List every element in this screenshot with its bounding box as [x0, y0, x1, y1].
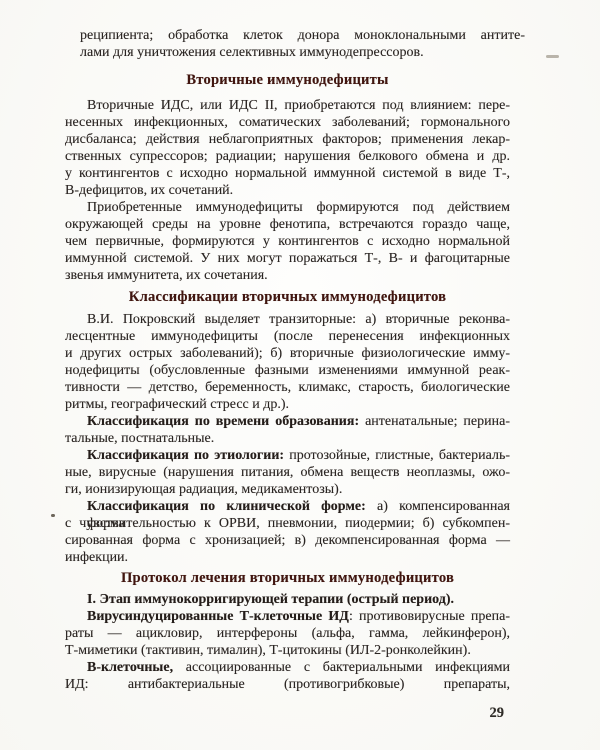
paragraph: Классификация по времени образования: ан…: [65, 413, 510, 447]
text-line: раты — ацикловир, интерфероны (альфа, га…: [65, 625, 510, 642]
text-line: тивности — детство, беременность, климак…: [65, 379, 510, 396]
text-line: ные, вирусные (нарушения питания, обмена…: [65, 464, 510, 481]
text-line: ритмы, географический стресс и др.).: [65, 396, 510, 413]
bold-run: Классификация по времени образования:: [87, 414, 359, 429]
text-line: тальные, постнатальные.: [65, 430, 510, 447]
text-line: дисбаланса; действия неблагоприятных фак…: [65, 131, 510, 148]
text-line: Вторичные ИДС, или ИДС II, приобретаются…: [65, 97, 510, 114]
text-line: ИД: антибактериальные (противогрибковые)…: [65, 676, 510, 693]
text-line: у контингентов с исходно нормальной имму…: [65, 165, 510, 182]
text-line: Т-миметики (тактивин, тималин), Т-цитоки…: [65, 642, 510, 659]
page-number: 29: [65, 705, 510, 722]
section-heading: Протокол лечения вторичных иммунодефицит…: [65, 570, 510, 587]
text-line: сированная форма с хронизацией; в) деком…: [65, 532, 510, 549]
paragraph: Вторичные ИДС, или ИДС II, приобретаются…: [65, 97, 510, 199]
text-line: реципиента; обработка клеток донора моно…: [80, 27, 525, 44]
section-heading: Классификации вторичных иммунодефицитов: [65, 289, 510, 306]
section-heading: Вторичные иммунодефициты: [65, 72, 510, 89]
bold-run: Классификация по этиологии:: [87, 448, 284, 463]
bold-run: Вирусиндуцированные Т-клеточные ИД: [87, 609, 349, 624]
text-line: чем первичные, формируются у контингенто…: [65, 233, 510, 250]
text-line: ственных супрессоров; радиации; нарушени…: [65, 148, 510, 165]
text-line: В-клеточные, ассоциированные с бактериал…: [65, 659, 510, 676]
bold-run: Классификация по клинической форме:: [87, 499, 366, 514]
bold-run: I. Этап иммунокорригирующей терапии (ост…: [87, 592, 454, 607]
paragraph: Вирусиндуцированные Т-клеточные ИД: прот…: [65, 608, 510, 659]
text-block: реципиента; обработка клеток донора моно…: [65, 27, 510, 722]
paragraph: Приобретенные иммунодефициты формируются…: [65, 199, 510, 284]
text-line: лами для уничтожения селективных иммунод…: [80, 44, 525, 61]
paragraph: В.И. Покровский выделяет транзиторные: а…: [65, 311, 510, 413]
paragraph: В-клеточные, ассоциированные с бактериал…: [65, 659, 510, 693]
text-line: иммунной системой. У них могут поражатьс…: [65, 250, 510, 267]
paragraph: Классификация по этиологии: протозойные,…: [65, 447, 510, 498]
text-line: Приобретенные иммунодефициты формируются…: [65, 199, 510, 216]
text-line: В-дефицитов, их сочетаний.: [65, 182, 510, 199]
text-line: Вирусиндуцированные Т-клеточные ИД: прот…: [65, 608, 510, 625]
text-line: лесцентные иммунодефициты (после перенес…: [65, 328, 510, 345]
bold-run: В-клеточные,: [87, 660, 173, 675]
text-line: Классификация по этиологии: протозойные,…: [65, 447, 510, 464]
text-line: I. Этап иммунокорригирующей терапии (ост…: [65, 591, 510, 608]
paragraph: реципиента; обработка клеток донора моно…: [80, 27, 525, 61]
paragraph: Классификация по клинической форме: а) к…: [65, 498, 510, 566]
text-line: звенья иммунитета, их сочетания.: [65, 267, 510, 284]
paragraph: I. Этап иммунокорригирующей терапии (ост…: [65, 591, 510, 608]
text-line: инфекции.: [65, 549, 510, 566]
text-line: В.И. Покровский выделяет транзиторные: а…: [65, 311, 510, 328]
scan-artifact-dash: [546, 55, 559, 58]
text-line: с чувствительностью к ОРВИ, пневмонии, п…: [65, 515, 510, 532]
text-line: Классификация по клинической форме: а) к…: [65, 498, 510, 515]
text-line: ги, ионизирующая радиация, медикаментозы…: [65, 481, 510, 498]
text-line: и других острых заболеваний); б) вторичн…: [65, 345, 510, 362]
text-line: Классификация по времени образования: ан…: [65, 413, 510, 430]
scanned-book-page: реципиента; обработка клеток донора моно…: [0, 0, 600, 750]
scan-artifact-dot: [51, 514, 55, 517]
text-line: нодефициты (обусловленные фазными измене…: [65, 362, 510, 379]
text-line: несенных инфекционных, соматических забо…: [65, 114, 510, 131]
text-line: окружающей среды на уровне фенотипа, вст…: [65, 216, 510, 233]
